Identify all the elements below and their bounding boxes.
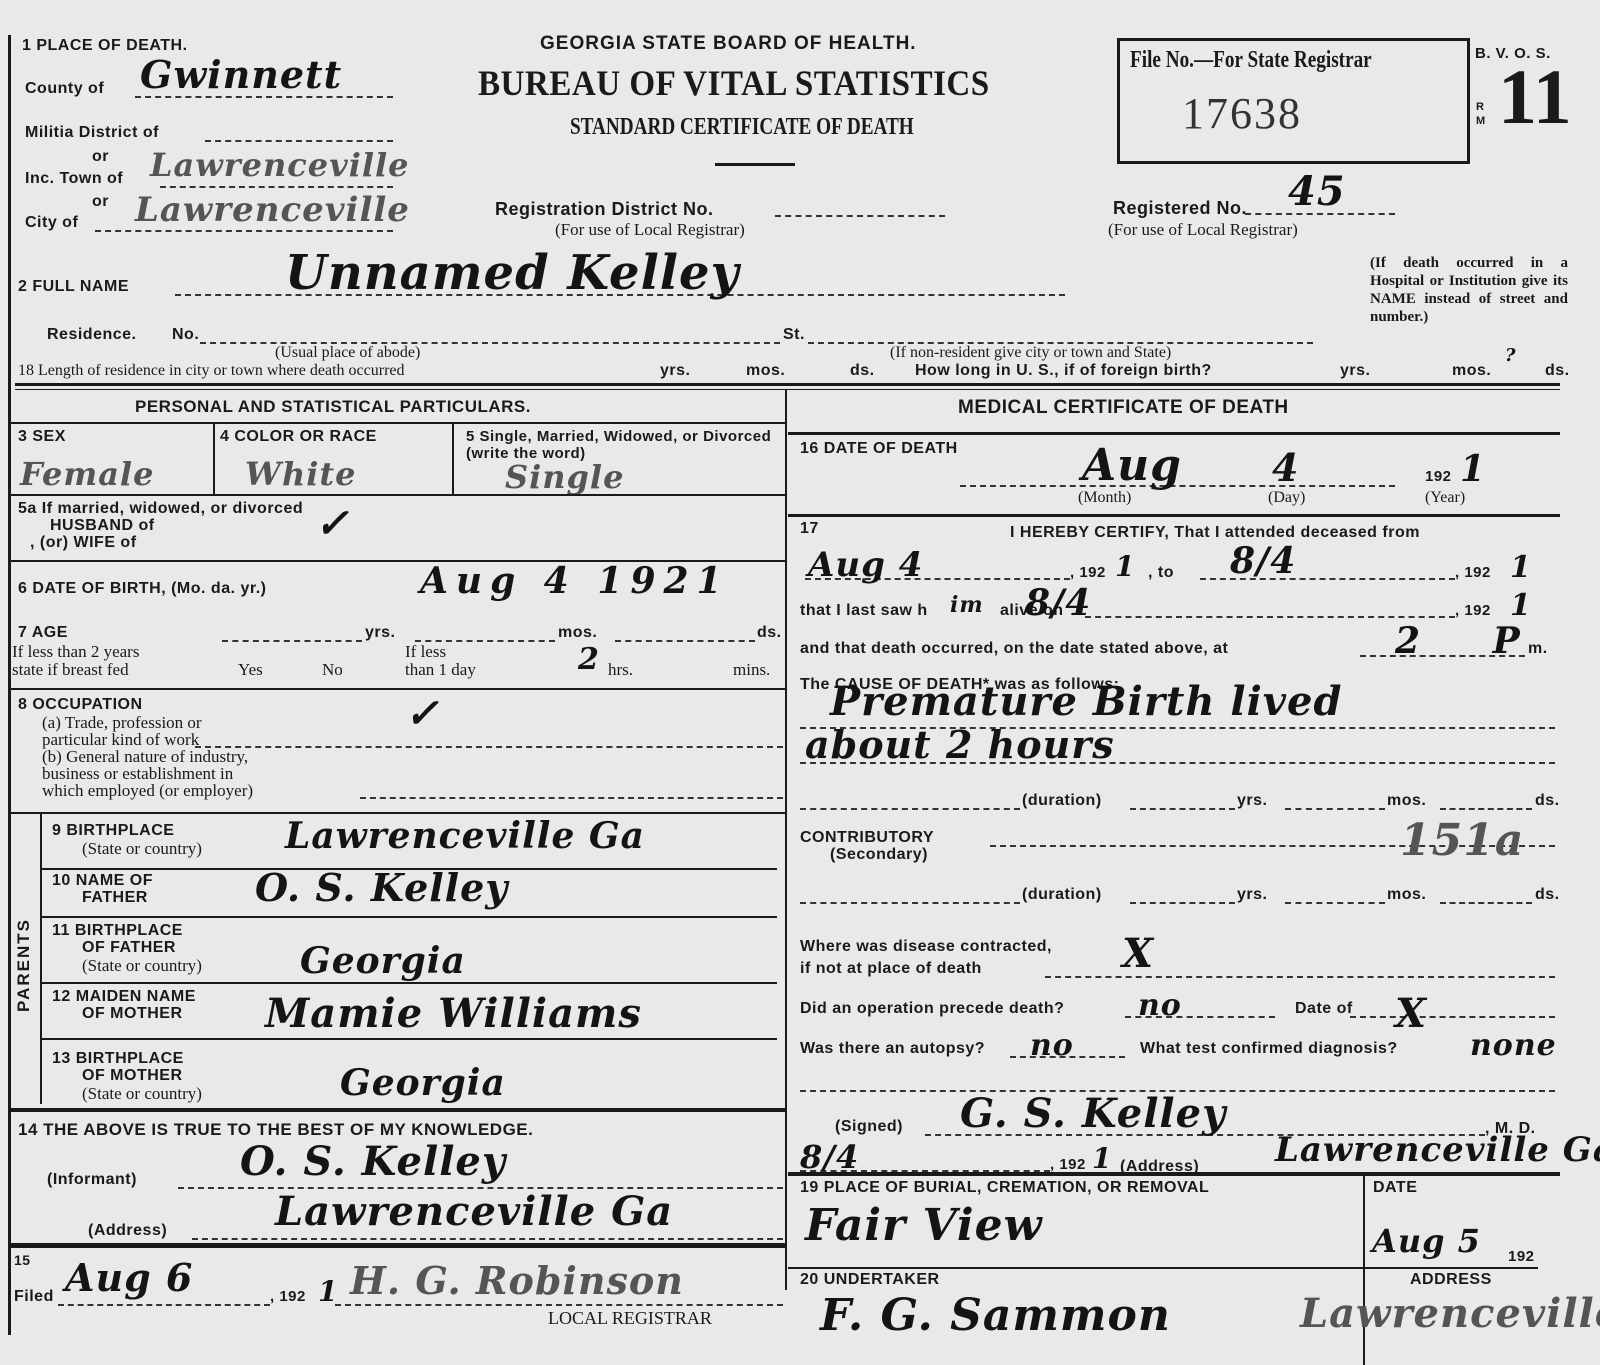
from-value[interactable]: Aug 4 [808,545,923,585]
race-label: 4 COLOR OR RACE [220,428,377,446]
residence-label: Residence. [47,326,136,344]
length-ds: ds. [850,362,875,380]
parents-side-label: PARENTS [14,918,34,1012]
birthplace-sub: (State or country) [82,839,202,859]
militia-line [205,140,393,142]
contracted-label-1: Where was disease contracted, [800,938,1052,956]
informant-address-line [192,1238,783,1240]
cause-line-2-value[interactable]: about 2 hours [805,722,1115,767]
to-year-suffix[interactable]: 1 [1510,550,1532,585]
sex-race-divider [213,424,215,494]
date-of-value[interactable]: X [1395,990,1427,1037]
day-caption: (Day) [1268,489,1305,507]
full-name-label: 2 FULL NAME [18,278,129,296]
duration-line-1 [800,808,1020,810]
breast-fed-yes[interactable]: Yes [238,660,263,680]
father-bp-sub: (State or country) [82,956,202,976]
foreign-mark: ? [1505,345,1517,366]
duration-yrs-1: yrs. [1237,792,1267,810]
inc-town-value[interactable]: Lawrenceville [150,146,410,184]
marital-value[interactable]: Single [505,458,624,496]
less-day-label-1: If less [405,642,446,662]
spouse-value[interactable]: ✓ [315,500,350,547]
burial-value[interactable]: Fair View [805,1200,1043,1251]
sign-address-value[interactable]: Lawrenceville Ga [1275,1130,1600,1170]
title-rule [715,163,795,166]
filed-line [58,1304,270,1306]
inc-town-label: Inc. Town of [25,170,123,188]
last-saw-label: that I last saw h [800,602,928,620]
dod-label: 16 DATE OF DEATH [800,440,958,458]
autopsy-value[interactable]: no [1030,1028,1074,1063]
father-label-2: FATHER [82,889,148,907]
dod-year-suffix[interactable]: 1 [1460,448,1486,490]
birthplace-label: 9 BIRTHPLACE [52,822,174,840]
marital-label: 5 Single, Married, Widowed, or Divorced … [466,428,784,462]
alive-value[interactable]: 8/4 [1025,582,1091,624]
registrar-label: LOCAL REGISTRAR [548,1308,712,1329]
duration-ds-line-2 [1440,902,1532,904]
duration-ds-line-1 [1440,808,1532,810]
informant-rule [10,1243,785,1248]
sex-label: 3 SEX [18,428,66,446]
alive-year: , 192 [1455,602,1491,619]
last-saw-him[interactable]: im [950,592,984,618]
county-label: County of [25,80,104,98]
from-year: , 192 [1070,564,1106,581]
mother-bp-sub: (State or country) [82,1084,202,1104]
dod-month[interactable]: Aug [1082,440,1182,491]
alive-line [1085,616,1455,618]
informant-label: (Informant) [47,1171,137,1189]
reg-district-label: Registration District No. [495,199,714,220]
residence-st-label: St. [783,326,805,344]
sign-rule [788,1172,1560,1176]
duration-yrs-line-2 [1130,902,1235,904]
test-label: What test confirmed diagnosis? [1140,1040,1398,1058]
duration-ds-2: ds. [1535,886,1560,904]
duration-ds-1: ds. [1535,792,1560,810]
occupation-a-line [195,746,783,748]
informant-address-value[interactable]: Lawrenceville Ga [275,1188,673,1235]
registrar-line [335,1304,783,1306]
father-bp-label-1: 11 BIRTHPLACE [52,922,183,940]
num-17: 17 [800,520,819,538]
m-label: m. [1528,640,1548,658]
breast-fed-label-1: If less than 2 years [12,642,139,662]
personal-title-rule [10,422,785,424]
race-marital-divider [452,424,454,494]
city-line [95,230,393,232]
residence-no-label: No. [172,326,199,344]
mother-bp-label-2: OF MOTHER [82,1067,183,1085]
full-name-value[interactable]: Unnamed Kelley [285,245,739,301]
inc-town-line [160,186,393,188]
contracted-value[interactable]: X [1122,930,1154,977]
parents-rule-2 [42,916,777,918]
age-ds-line [615,640,755,642]
board-title: GEORGIA STATE BOARD OF HEALTH. [540,33,917,55]
age-yrs: yrs. [365,624,395,642]
filed-label: Filed [14,1288,54,1306]
row-rule-4 [10,812,785,814]
foreign-ds: ds. [1545,362,1570,380]
certificate-title: STANDARD CERTIFICATE OF DEATH [570,114,914,141]
parents-rule-4 [42,1038,777,1040]
left-border [8,35,11,1335]
age-yrs-line [222,640,362,642]
hrs-label: hrs. [608,660,633,680]
mother-label-2: OF MOTHER [82,1005,183,1023]
to-year: , 192 [1455,564,1491,581]
duration-label-1: (duration) [1022,792,1102,810]
length-residence-label: 18 Length of residence in city or town w… [18,362,405,380]
operation-value[interactable]: no [1138,988,1182,1023]
duration-mos-line-2 [1285,902,1385,904]
test-value[interactable]: none [1470,1028,1557,1063]
race-value[interactable]: White [245,455,357,493]
burial-label: 19 PLACE OF BURIAL, CREMATION, OR REMOVA… [800,1179,1209,1197]
less-day-label-2: than 1 day [405,660,476,680]
militia-label: Militia District of [25,124,159,142]
certify-text: I HEREBY CERTIFY, That I attended deceas… [1010,524,1420,542]
hospital-note: (If death occurred in a Hospital or Inst… [1370,254,1568,326]
mother-bp-label-1: 13 BIRTHPLACE [52,1050,184,1068]
occurred-label: and that death occurred, on the date sta… [800,640,1228,658]
father-bp-label-2: OF FATHER [82,939,176,957]
contracted-label-2: if not at place of death [800,960,982,978]
father-value[interactable]: O. S. Kelley [255,865,508,910]
mother-label-1: 12 MAIDEN NAME [52,988,196,1006]
breast-fed-label-2: state if breast fed [12,660,129,680]
date-of-line [1350,1016,1555,1018]
parents-divider [40,814,42,1104]
year-caption: (Year) [1425,489,1465,507]
duration-label-2: (duration) [1022,886,1102,904]
undertaker-address-label: ADDRESS [1410,1271,1492,1289]
or-label-1: or [92,148,109,166]
registered-value[interactable]: 45 [1288,168,1346,215]
spouse-label-2: HUSBAND of [50,517,155,535]
registered-label: Registered No. [1113,198,1247,219]
from-year-suffix[interactable]: 1 [1115,550,1135,583]
duration-line-2 [800,902,1020,904]
medical-title-rule [788,432,1560,435]
medical-section-title: MEDICAL CERTIFICATE OF DEATH [958,397,1289,419]
occurred-value[interactable]: 2 P [1395,620,1550,662]
or-label-2: or [92,193,109,211]
row-rule-3 [10,688,785,690]
reg-district-line [775,215,945,217]
alive-year-suffix[interactable]: 1 [1510,588,1532,623]
county-value[interactable]: Gwinnett [140,52,342,97]
foreign-yrs: yrs. [1340,362,1370,380]
dod-day[interactable]: 4 [1272,445,1299,490]
mins-label: mins. [733,660,770,680]
month-caption: (Month) [1078,489,1131,507]
row-rule-1 [10,494,785,496]
cause-line-1-value[interactable]: Premature Birth lived [830,678,1342,725]
parents-rule-5 [10,1108,785,1112]
duration-mos-1: mos. [1387,792,1426,810]
contributory-label: CONTRIBUTORY [800,829,934,847]
occupation-b-line [360,797,783,799]
informant-statement: 14 THE ABOVE IS TRUE TO THE BEST OF MY K… [18,1120,533,1140]
undertaker-label: 20 UNDERTAKER [800,1271,940,1289]
non-resident-note: (If non-resident give city or town and S… [890,344,1171,362]
father-bp-value[interactable]: Georgia [300,940,466,982]
city-value[interactable]: Lawrenceville [135,190,410,230]
divider-top-2 [15,389,1560,390]
sign-date-value[interactable]: 8/4 [800,1138,859,1176]
num-15: 15 [14,1252,31,1268]
filed-value[interactable]: Aug 6 [65,1255,193,1300]
column-divider [785,390,787,1290]
bvos-side-label: R M [1476,100,1486,128]
to-label: , to [1148,564,1174,582]
operation-label: Did an operation precede death? [800,1000,1064,1018]
autopsy-label: Was there an autopsy? [800,1040,985,1058]
dod-year-prefix: 192 [1425,468,1452,485]
dob-value[interactable]: Aug 4 1921 [420,560,730,602]
dod-rule [788,514,1560,517]
mother-value[interactable]: Mamie Williams [265,990,642,1037]
burial-year: 192 [1508,1248,1535,1265]
bvos-value: 11 [1498,58,1572,136]
signed-label: (Signed) [835,1118,903,1136]
length-mos: mos. [746,362,785,380]
registrar-value[interactable]: H. G. Robinson [350,1258,684,1303]
personal-section-title: PERSONAL AND STATISTICAL PARTICULARS. [135,397,531,417]
reg-district-note: (For use of Local Registrar) [555,220,745,240]
duration-yrs-line-1 [1130,808,1235,810]
spouse-label-1: 5a If married, widowed, or divorced [18,500,303,518]
duration-yrs-2: yrs. [1237,886,1267,904]
sign-year-suffix[interactable]: 1 [1092,1142,1112,1175]
bureau-title: BUREAU OF VITAL STATISTICS [478,62,990,104]
file-box-label: File No.—For State Registrar [1130,47,1372,74]
date-of-label: Date of [1295,1000,1353,1018]
to-value[interactable]: 8/4 [1230,540,1296,582]
age-mos: mos. [558,624,597,642]
undertaker-address-value[interactable]: Lawrenceville [1300,1290,1600,1337]
duration-mos-2: mos. [1387,886,1426,904]
foreign-birth-label: How long in U. S., if of foreign birth? [915,362,1212,380]
hours-value[interactable]: 2 [578,642,600,677]
undertaker-value[interactable]: F. G. Sammon [820,1290,1171,1341]
parents-rule-3 [42,982,777,984]
father-label-1: 10 NAME OF [52,872,153,890]
divider-top [15,383,1560,386]
age-label: 7 AGE [18,624,68,642]
occupation-value[interactable]: ✓ [405,690,440,737]
registered-note: (For use of Local Registrar) [1108,220,1298,240]
burial-date-value[interactable]: Aug 5 [1372,1222,1481,1260]
length-yrs: yrs. [660,362,690,380]
mother-bp-value[interactable]: Georgia [340,1062,506,1104]
age-ds: ds. [757,624,782,642]
city-label: City of [25,214,78,232]
file-number: 17638 [1182,88,1302,139]
informant-address-label: (Address) [88,1222,167,1240]
dob-label: 6 DATE OF BIRTH, (Mo. da. yr.) [18,580,267,598]
foreign-mos: mos. [1452,362,1491,380]
burial-date-label: DATE [1373,1179,1417,1197]
usual-abode-note: (Usual place of abode) [275,344,420,362]
burial-rule [788,1267,1538,1269]
occupation-label: 8 OCCUPATION [18,696,143,714]
birthplace-value[interactable]: Lawrenceville Ga [285,815,645,857]
contributory-code[interactable]: 151a [1400,815,1524,866]
filed-year-prefix: , 192 [270,1288,306,1305]
sex-value[interactable]: Female [20,455,154,493]
breast-fed-no[interactable]: No [322,660,343,680]
occupation-b3: which employed (or employer) [42,781,253,801]
secondary-label: (Secondary) [830,846,928,864]
duration-mos-line-1 [1285,808,1385,810]
informant-value[interactable]: O. S. Kelley [240,1138,506,1185]
spouse-label-3: , (or) WIFE of [30,534,137,552]
sign-year: , 192 [1050,1156,1086,1173]
signed-value[interactable]: G. S. Kelley [960,1090,1226,1137]
